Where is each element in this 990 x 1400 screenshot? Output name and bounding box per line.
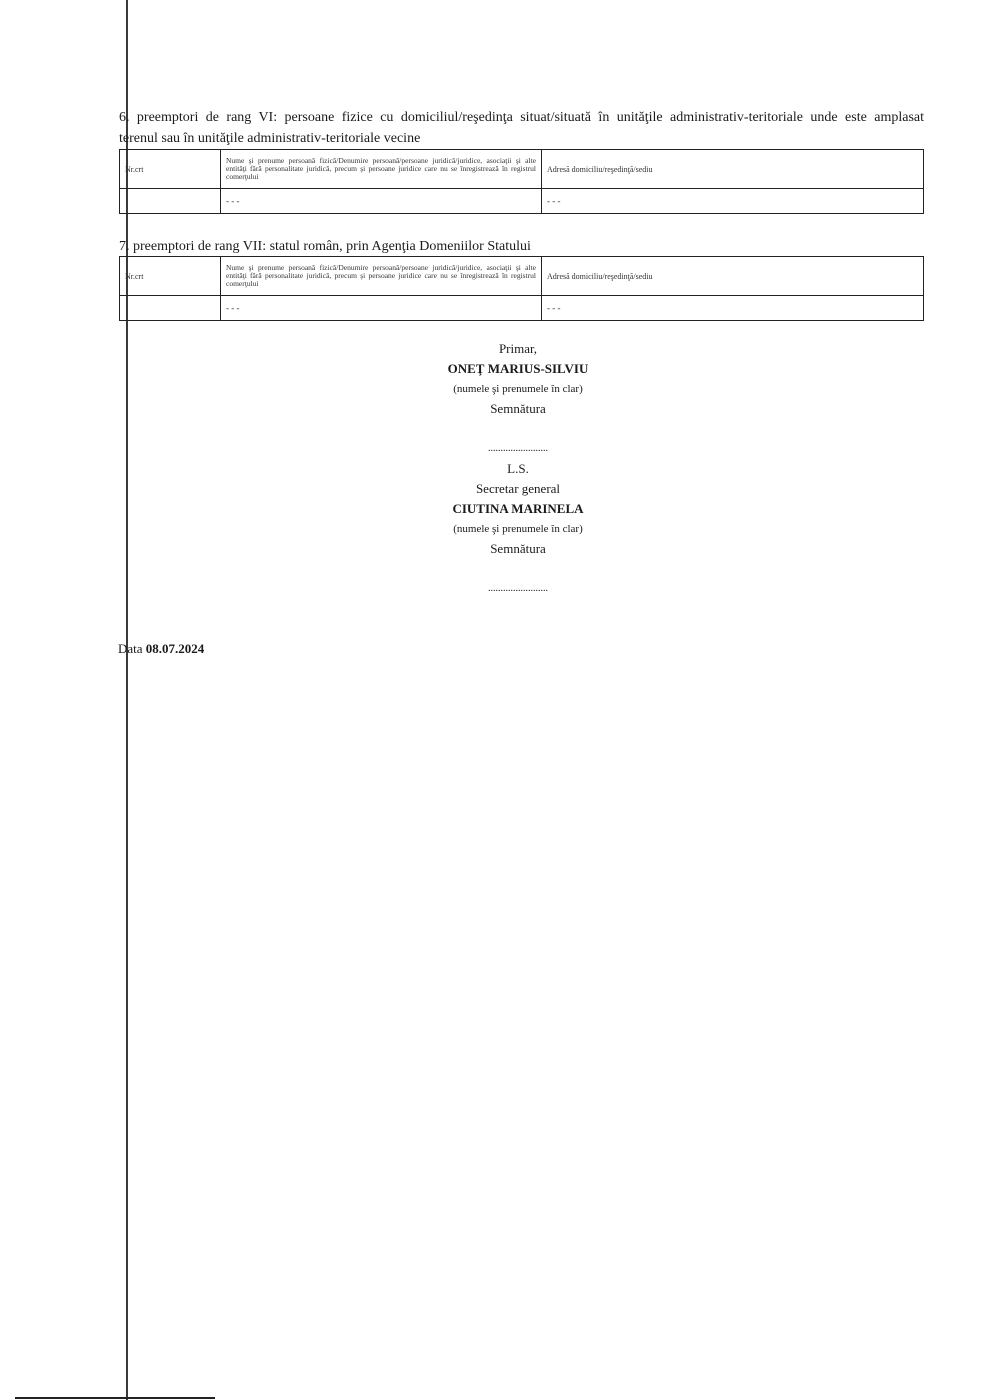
section-6-line-1: 6. preemptori de rang VI: persoane fizic… xyxy=(119,107,924,128)
cell-address: - - - xyxy=(542,296,924,321)
secretary-signature-line: ........................ xyxy=(400,579,636,599)
mayor-signature-label: Semnătura xyxy=(400,399,636,419)
mayor-signature-line: ........................ xyxy=(400,439,636,459)
document-date: Data 08.07.2024 xyxy=(118,641,204,657)
scan-bottom-line xyxy=(15,1397,215,1399)
section-7-table: Nr.crt Nume şi prenume persoană fizică/D… xyxy=(119,256,924,321)
table-header-row: Nr.crt Nume şi prenume persoană fizică/D… xyxy=(120,257,924,296)
cell-nr xyxy=(120,296,221,321)
mayor-name-note: (numele şi prenumele în clar) xyxy=(400,379,636,399)
section-6-text: 6. preemptori de rang VI: persoane fizic… xyxy=(119,107,924,149)
cell-nr xyxy=(120,189,221,214)
cell-name: - - - xyxy=(221,189,542,214)
section-7-text: 7. preemptori de rang VII: statul român,… xyxy=(119,236,924,257)
table-row: - - - - - - xyxy=(120,189,924,214)
header-nr-crt: Nr.crt xyxy=(120,150,221,189)
cell-address: - - - xyxy=(542,189,924,214)
header-name: Nume şi prenume persoană fizică/Denumire… xyxy=(221,257,542,296)
seal-label: L.S. xyxy=(400,459,636,479)
secretary-signature-label: Semnătura xyxy=(400,539,636,559)
secretary-title: Secretar general xyxy=(400,479,636,499)
header-name: Nume şi prenume persoană fizică/Denumire… xyxy=(221,150,542,189)
secretary-name-note: (numele şi prenumele în clar) xyxy=(400,519,636,539)
date-label: Data xyxy=(118,641,143,656)
table-row: - - - - - - xyxy=(120,296,924,321)
section-6-table: Nr.crt Nume şi prenume persoană fizică/D… xyxy=(119,149,924,214)
date-value: 08.07.2024 xyxy=(146,641,205,656)
header-address: Adresă domiciliu/reşedinţă/sediu xyxy=(542,150,924,189)
header-nr-crt: Nr.crt xyxy=(120,257,221,296)
header-address: Adresă domiciliu/reşedinţă/sediu xyxy=(542,257,924,296)
mayor-title: Primar, xyxy=(400,339,636,359)
secretary-name: CIUTINA MARINELA xyxy=(400,499,636,519)
mayor-signature-block: Primar, ONEŢ MARIUS-SILVIU (numele şi pr… xyxy=(400,339,636,599)
table-header-row: Nr.crt Nume şi prenume persoană fizică/D… xyxy=(120,150,924,189)
mayor-name: ONEŢ MARIUS-SILVIU xyxy=(400,359,636,379)
cell-name: - - - xyxy=(221,296,542,321)
section-6-line-2: terenul sau în unităţile administrativ-t… xyxy=(119,131,420,146)
